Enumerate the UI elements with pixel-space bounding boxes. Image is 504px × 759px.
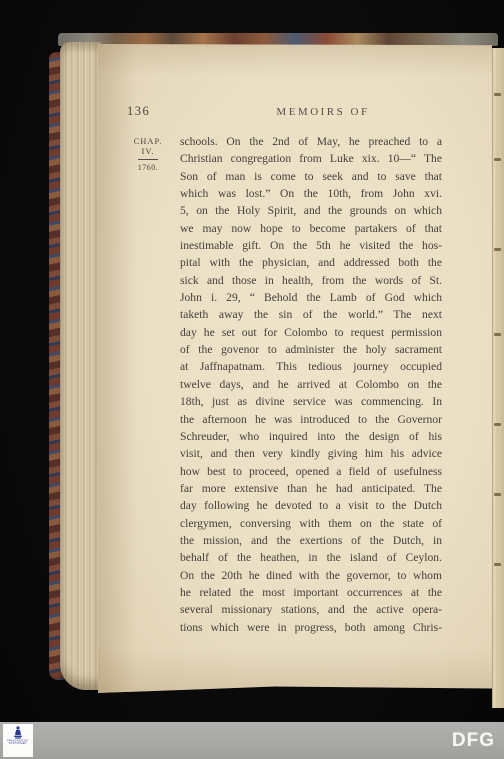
page-stack-edges [60,42,102,690]
text-line: which was lost.” On the 10th, from John … [180,185,442,202]
chapter-numeral: IV. [126,146,170,156]
edge-mark [494,248,501,251]
fore-edge-sliver [492,48,504,708]
edge-mark [494,158,501,161]
running-header: MEMOIRS OF [248,106,398,118]
text-line: several missionary stations, and the act… [180,601,442,618]
text-line: Schreuder, who inquired into the design … [180,428,442,445]
text-line: how best to proceed, opened a field of u… [180,463,442,480]
page-number: 136 [127,104,150,119]
edge-mark [494,563,501,566]
text-line: inestimable gift. On the 5th he visited … [180,237,442,254]
text-line: 5, on the Holy Spirit, and the grounds o… [180,202,442,219]
text-line: day following he devoted to a visit to t… [180,497,442,514]
digitisation-footer-bar: FRANCKESCHE STIFTUNGEN DFG [0,722,504,759]
text-line: he related the most important occurrence… [180,584,442,601]
body-text-block: schools. On the 2nd of May, he preached … [180,133,442,636]
edge-mark [494,333,501,336]
edge-mark [494,93,501,96]
dfg-logo: DFG [452,730,495,752]
library-emblem-icon [13,726,23,739]
text-line: behalf of the heathen, in the island of … [180,549,442,566]
text-line: Son of man is come to seek and to save t… [180,168,442,185]
text-line: day he set out for Colombo to request pe… [180,324,442,341]
text-line: John i. 29, “ Behold the Lamb of God whi… [180,289,442,306]
text-line: twelve days, and he arrived at Colombo o… [180,376,442,393]
text-line: at Jaffnapatnam. This tedious journey oc… [180,358,442,375]
edge-mark [494,423,501,426]
library-name: FRANCKESCHE STIFTUNGEN [8,740,29,745]
chapter-year: 1760. [126,163,170,172]
edge-mark [494,493,501,496]
text-line: the afternoon he was introduced to the G… [180,411,442,428]
text-line: taketh away the sin of the world.” The n… [180,306,442,323]
text-line: tions which were in progress, both among… [180,619,442,636]
chapter-label: CHAP. [126,136,170,146]
text-line: of the govenor to administer the holy sa… [180,341,442,358]
text-line: Christian congregation from Luke xix. 10… [180,150,442,167]
book-page: 136 MEMOIRS OF CHAP. IV. 1760. schools. … [98,44,492,693]
text-line: 18th, just as divine service was commenc… [180,393,442,410]
library-logo: FRANCKESCHE STIFTUNGEN [3,724,33,757]
text-line: the mission, and the exertions of the Du… [180,532,442,549]
text-line: far more extensive than he had anticipat… [180,480,442,497]
text-line: pital with the physician, and addressed … [180,254,442,271]
book-top-marbled-edge [58,33,498,46]
margin-note-rule [138,159,158,160]
text-line: schools. On the 2nd of May, he preached … [180,133,442,150]
text-line: sick and those in health, from the words… [180,272,442,289]
chapter-margin-note: CHAP. IV. 1760. [126,136,170,172]
text-line: clergymen, conversing with them on the s… [180,515,442,532]
text-line: On the 20th he dined with the governor, … [180,567,442,584]
book-scan-photo: 136 MEMOIRS OF CHAP. IV. 1760. schools. … [0,0,504,759]
text-line: we may now hope to become partakers of t… [180,220,442,237]
text-line: visit, and then very kindly giving him h… [180,445,442,462]
